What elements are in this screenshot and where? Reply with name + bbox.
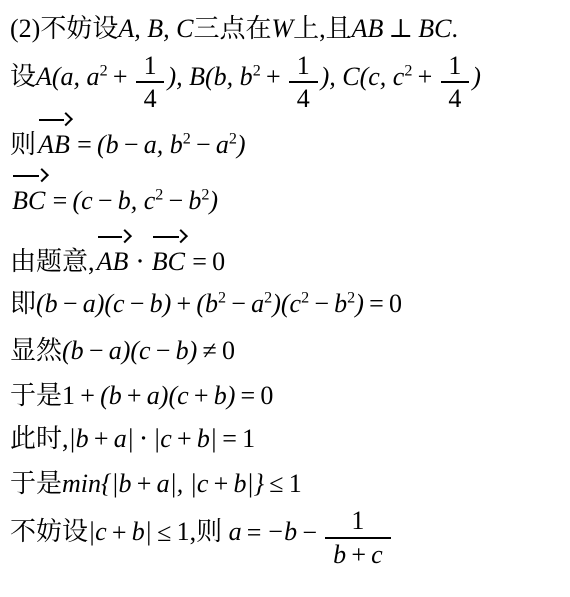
text-run: 1 (448, 51, 461, 80)
fraction-denominator: 4 (441, 83, 470, 113)
text-run: 设 (10, 62, 36, 91)
vector-overline: BC (152, 245, 185, 279)
text-run: 1 (62, 381, 75, 410)
math-line-7: 显然(b−a)(c−b)≠0 (10, 334, 564, 368)
text-run: (2)不妨设 (10, 14, 118, 43)
math-run: )(c (272, 289, 301, 318)
text-run: 4 (297, 84, 310, 113)
text-run: 不妨设 (10, 518, 88, 547)
vector-overline: AB (38, 128, 70, 162)
fraction-numerator: 1 (325, 506, 390, 538)
math-operator: = (235, 381, 260, 410)
math-run: A(a, a (36, 62, 100, 91)
math-run: a, b (144, 130, 183, 159)
superscript: 2 (218, 290, 226, 307)
math-line-10: 于是min{|b+a|, |c+b|}≤1 (10, 467, 564, 501)
text-run: 显然 (10, 336, 62, 365)
math-operator: − (297, 518, 322, 547)
math-run: (b (36, 289, 58, 318)
math-run: (b (97, 130, 119, 159)
math-run: a (216, 130, 229, 159)
superscript: 2 (301, 290, 309, 307)
math-run: (c (72, 186, 92, 215)
text-run: 0 (212, 247, 225, 276)
math-operator: = (47, 186, 72, 215)
math-operator: = (187, 247, 212, 276)
fraction: 14 (136, 51, 165, 113)
math-run: AB (352, 14, 384, 43)
math-run: b|} (234, 469, 265, 498)
math-run: a (251, 289, 264, 318)
text-run: 于是 (10, 469, 62, 498)
vector-overline: AB (97, 245, 129, 279)
vector-overline: BC (12, 184, 45, 218)
math-operator: − (151, 336, 176, 365)
math-operator: + (108, 62, 133, 91)
math-line-5: 由题意,AB⋅BC=0 (10, 232, 564, 279)
math-run: (b (100, 381, 122, 410)
math-run: ), B(b, b (167, 62, 252, 91)
text-run: 于是 (10, 381, 62, 410)
math-operator: + (189, 381, 214, 410)
text-run: 上,且 (293, 14, 352, 43)
text-run: 1 (351, 506, 364, 535)
math-operator: − (93, 186, 118, 215)
math-run: b, c (118, 186, 156, 215)
math-run: b) (214, 381, 236, 410)
math-run: ), C(c, c (321, 62, 405, 91)
math-line-6: 即(b−a)(c−b)+(b2−a2)(c2−b2)=0 (10, 287, 564, 321)
text-run: 1 (242, 424, 255, 453)
fraction: 14 (289, 51, 318, 113)
math-run: a|, |c (157, 469, 209, 498)
math-run: b) (176, 336, 198, 365)
text-run: 4 (448, 84, 461, 113)
math-line-3: 则AB=(b−a, b2−a2) (10, 115, 564, 162)
math-run: ) (209, 186, 218, 215)
math-run: (b (196, 289, 218, 318)
math-operator: + (261, 62, 286, 91)
fraction: 1b+c (325, 506, 390, 568)
math-run: b) (150, 289, 172, 318)
math-operator: = (72, 130, 97, 159)
math-operator: + (346, 540, 371, 569)
fraction-numerator: 1 (441, 51, 470, 83)
text-run: 则 (10, 130, 36, 159)
math-run: ) (355, 289, 364, 318)
math-run: a)(c (83, 289, 125, 318)
math-operator: − (84, 336, 109, 365)
fraction-numerator: 1 (289, 51, 318, 83)
math-operator: + (171, 289, 196, 318)
fraction-denominator: 4 (136, 83, 165, 113)
math-document: (2)不妨设A, B, C三点在W上,且AB⊥BC.设A(a, a2+14), … (0, 0, 570, 597)
math-operator: − (309, 289, 334, 318)
superscript: 2 (229, 130, 237, 147)
math-run: b (188, 186, 201, 215)
math-run: a (229, 518, 242, 547)
text-run: 4 (144, 84, 157, 113)
text-run: 0 (389, 289, 402, 318)
math-operator: + (132, 469, 157, 498)
math-run: a)(c (109, 336, 151, 365)
math-operator: ≠ (197, 336, 222, 365)
math-run: A, B, C (118, 14, 193, 43)
math-operator: − (163, 186, 188, 215)
math-operator: ⋅ (130, 247, 149, 276)
text-run: 1 (297, 51, 310, 80)
math-run: ) (472, 62, 481, 91)
text-run: . (451, 14, 458, 43)
math-operator: ≤ (264, 469, 289, 498)
math-line-4: BC=(c−b, c2−b2) (10, 171, 564, 218)
math-run: b| (197, 424, 217, 453)
superscript: 2 (264, 290, 272, 307)
math-operator: = (217, 424, 242, 453)
text-run: 1 (144, 51, 157, 80)
math-run: ) (237, 130, 246, 159)
math-run: W (271, 14, 293, 43)
superscript: 2 (183, 130, 191, 147)
math-operator: + (412, 62, 437, 91)
math-run: BC (418, 14, 451, 43)
math-operator: − (125, 289, 150, 318)
math-line-9: 此时,|b+a|⋅|c+b|=1 (10, 422, 564, 456)
math-line-2: 设A(a, a2+14), B(b, b2+14), C(c, c2+14) (10, 51, 564, 113)
math-operator: − (226, 289, 251, 318)
math-operator: ⋅ (134, 424, 153, 453)
math-run: −b (267, 518, 298, 547)
math-operator: ≤ (152, 518, 177, 547)
text-run: 由题意, (10, 247, 95, 276)
math-operator: + (172, 424, 197, 453)
text-run: 1 (289, 469, 302, 498)
math-run: b (334, 289, 347, 318)
text-run: 0 (260, 381, 273, 410)
math-run: (b (62, 336, 84, 365)
math-operator: ⊥ (383, 14, 418, 43)
math-run: a)(c (147, 381, 189, 410)
math-operator: + (75, 381, 100, 410)
math-operator: − (119, 130, 144, 159)
text-run: 1,则 (177, 518, 229, 547)
text-run: 三点在 (193, 14, 271, 43)
fraction-denominator: b+c (325, 539, 390, 569)
math-run: a| (114, 424, 134, 453)
math-operator: = (242, 518, 267, 547)
math-operator: + (208, 469, 233, 498)
fraction-denominator: 4 (289, 83, 318, 113)
fraction: 14 (441, 51, 470, 113)
text-run: 即 (10, 289, 36, 318)
math-operator: + (107, 518, 132, 547)
math-run: |c (88, 518, 107, 547)
math-run: min{|b (62, 469, 132, 498)
math-run: b| (132, 518, 152, 547)
math-operator: − (191, 130, 216, 159)
math-line-1: (2)不妨设A, B, C三点在W上,且AB⊥BC. (10, 12, 564, 46)
math-line-11: 不妨设|c+b|≤1,则 a=−b−1b+c (10, 506, 564, 568)
superscript: 2 (253, 62, 261, 79)
math-line-8: 于是1+(b+a)(c+b)=0 (10, 379, 564, 413)
math-operator: − (58, 289, 83, 318)
math-run: |c (153, 424, 172, 453)
math-run: b (333, 540, 346, 569)
math-operator: = (364, 289, 389, 318)
math-operator: + (89, 424, 114, 453)
math-run: |b (69, 424, 89, 453)
fraction-numerator: 1 (136, 51, 165, 83)
text-run: 0 (222, 336, 235, 365)
text-run: 此时, (10, 424, 69, 453)
superscript: 2 (100, 62, 108, 79)
math-operator: + (122, 381, 147, 410)
math-run: c (371, 540, 383, 569)
